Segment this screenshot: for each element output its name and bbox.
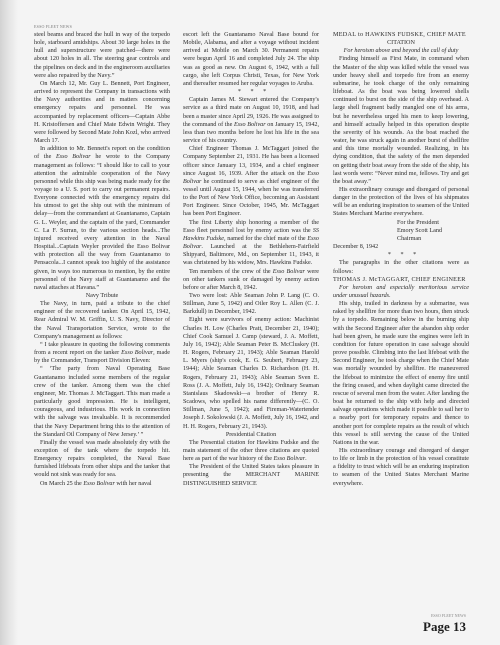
ship-name: Esso Bolivar — [56, 154, 91, 160]
document-page: ESSO FLEET NEWS steel beams and braced t… — [0, 0, 500, 645]
paragraph: For heroism and especially meritorious s… — [333, 284, 469, 300]
paragraph: On March 25 the Esso Bolivar with her na… — [34, 480, 170, 488]
signature-line: Chairman — [333, 235, 469, 243]
paragraph: The paragraphs in the other citations we… — [333, 259, 469, 275]
paragraph: Two were lost: Able Seaman John P. Lang … — [183, 292, 319, 316]
page-number: Page 13 — [423, 619, 466, 635]
text-run: On March 25 the — [40, 481, 83, 487]
signature-line: Emory Scott Land — [333, 227, 469, 235]
footer-running-title: ESSO FLEET NEWS — [431, 613, 466, 618]
text-run: with her naval — [115, 481, 152, 487]
paragraph: The first Liberty ship honoring a member… — [183, 219, 319, 268]
text-run: For heroism and especially meritorious s… — [333, 285, 469, 299]
section-divider-stars: * * * — [333, 251, 469, 259]
running-head: ESSO FLEET NEWS — [34, 24, 72, 29]
section-subhead: CITATION — [333, 39, 469, 47]
citation-tagline: For heroism above and beyond the call of… — [333, 47, 469, 55]
text-run: , named for the chief mate of the — [224, 236, 307, 242]
paragraph: Ten members of the crew of the Esso Boli… — [183, 268, 319, 292]
paragraph: “ ‘The party from Naval Operating Base G… — [34, 365, 170, 438]
paragraph: The President of the United States takes… — [183, 463, 319, 487]
citation-date: December 8, 1942 — [333, 243, 469, 251]
ship-name: Esso Bolivar — [273, 269, 305, 275]
text-run: he continued to serve as chief engineer … — [183, 179, 319, 218]
paragraph: Eight were survivors of enemy action: Ma… — [183, 316, 319, 430]
paragraph: In addition to Mr. Bennett's report on t… — [34, 145, 170, 292]
text-run: . — [305, 456, 307, 462]
paragraph: The Presential citation for Hawkins Fuds… — [183, 439, 319, 463]
paragraph: The Navy, in turn, paid a tribute to the… — [34, 300, 170, 341]
ship-name: Esso Bolivar — [234, 122, 266, 128]
text-run: . Launched at the Bethlehem-Fairfield Sh… — [183, 244, 319, 266]
section-divider-stars: * * * — [183, 88, 319, 96]
paragraph: steel beams and braced the hull in way o… — [34, 31, 170, 80]
text-run: Ten members of the crew of the — [189, 269, 273, 275]
paragraph: His ship, trailed in darkness by a subma… — [333, 300, 469, 447]
text-run: Chief Engineer Thomas J. McTaggart joine… — [183, 146, 319, 176]
paragraph: escort left the Guantanamo Naval Base bo… — [183, 31, 319, 88]
citation-heading: THOMAS J. McTAGGART, CHIEF ENGINEER — [333, 276, 469, 284]
text-run: he wrote to the Company management as fo… — [34, 154, 170, 291]
paragraph: On March 12, Mr. Guy L. Bennett, Port En… — [34, 80, 170, 145]
paragraph: Chief Engineer Thomas J. McTaggart joine… — [183, 145, 319, 218]
text-run: The first Liberty ship honoring a member… — [183, 220, 319, 234]
section-subhead: Presidential Citation — [183, 431, 319, 439]
text-column-right: MEDAL to HAWKINS FUDSKE, CHIEF MATE CITA… — [333, 31, 469, 488]
ship-name: Esso Bolivar — [121, 350, 153, 356]
paragraph: His extraordinary courage and disregard … — [333, 186, 469, 219]
signature-line: For the President — [333, 219, 469, 227]
ship-name: Esso Bolivar — [274, 456, 306, 462]
paragraph: “ I take pleasure in quoting the followi… — [34, 341, 170, 365]
text-column-left: steel beams and braced the hull in way o… — [34, 31, 170, 488]
ship-name: Esso Bolivar — [83, 481, 115, 487]
paragraph: Captain James M. Stewart entered the Com… — [183, 96, 319, 145]
section-subhead: Navy Tribute — [34, 292, 170, 300]
paragraph: His extraordinary courage and disregard … — [333, 447, 469, 488]
text-run: For heroism above and beyond the call of… — [344, 48, 459, 54]
paragraph: Finally the vessel was made absolutely d… — [34, 439, 170, 480]
citation-heading: MEDAL to HAWKINS FUDSKE, CHIEF MATE — [333, 31, 469, 39]
paragraph: Finding himself as First Mate, in comman… — [333, 55, 469, 186]
text-column-middle: escort left the Guantanamo Naval Base bo… — [183, 31, 319, 488]
